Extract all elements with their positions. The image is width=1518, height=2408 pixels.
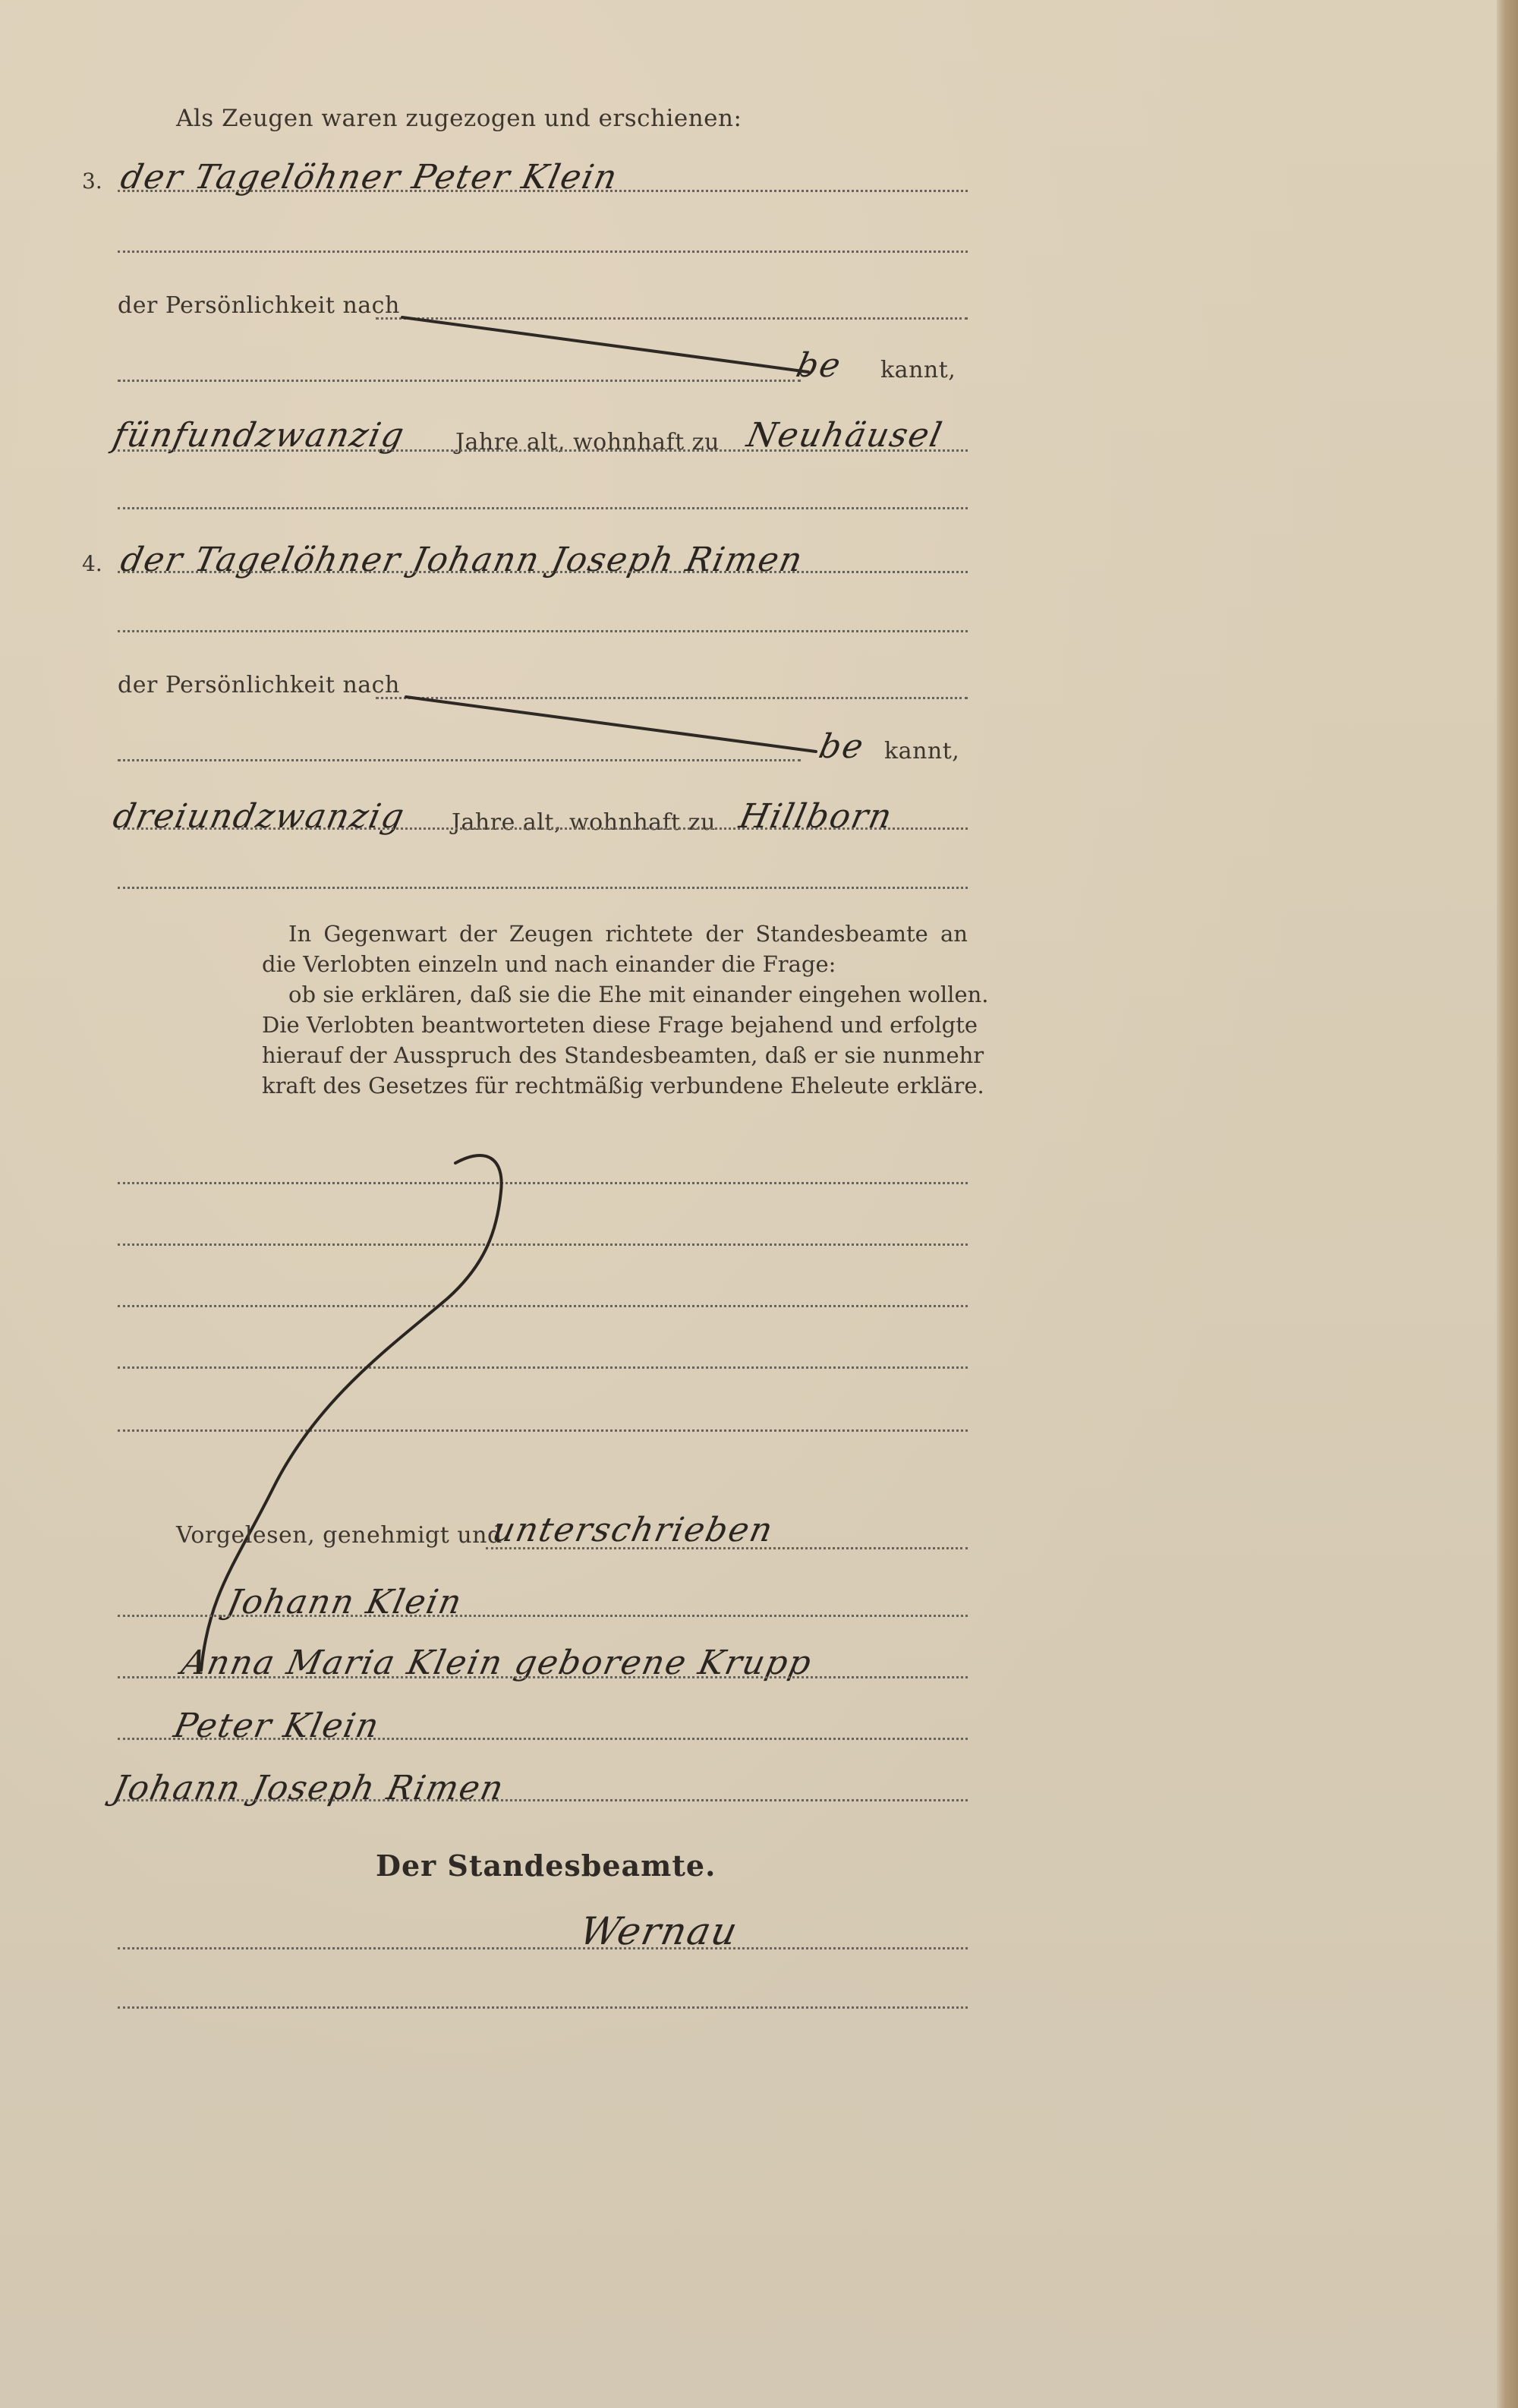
- closing-label: Vorgelesen, genehmigt und: [176, 1522, 502, 1549]
- handwritten-strokes: [0, 0, 1518, 2408]
- ruled-line: [486, 1547, 968, 1549]
- signature: Johann Joseph Rimen: [110, 1769, 509, 1808]
- signature-line: [118, 1738, 968, 1740]
- closing-handwritten: unterschrieben: [490, 1511, 778, 1549]
- signature-line: [118, 1947, 968, 1949]
- page-edge: [1497, 0, 1518, 2408]
- signature-line: [118, 1676, 968, 1678]
- ruled-line: [118, 2006, 968, 2009]
- official-title: Der Standesbeamte.: [376, 1849, 716, 1883]
- signature-line: [118, 1615, 968, 1617]
- signature-line: [118, 1799, 968, 1801]
- register-page: Als Zeugen waren zugezogen und erschiene…: [0, 0, 1497, 2408]
